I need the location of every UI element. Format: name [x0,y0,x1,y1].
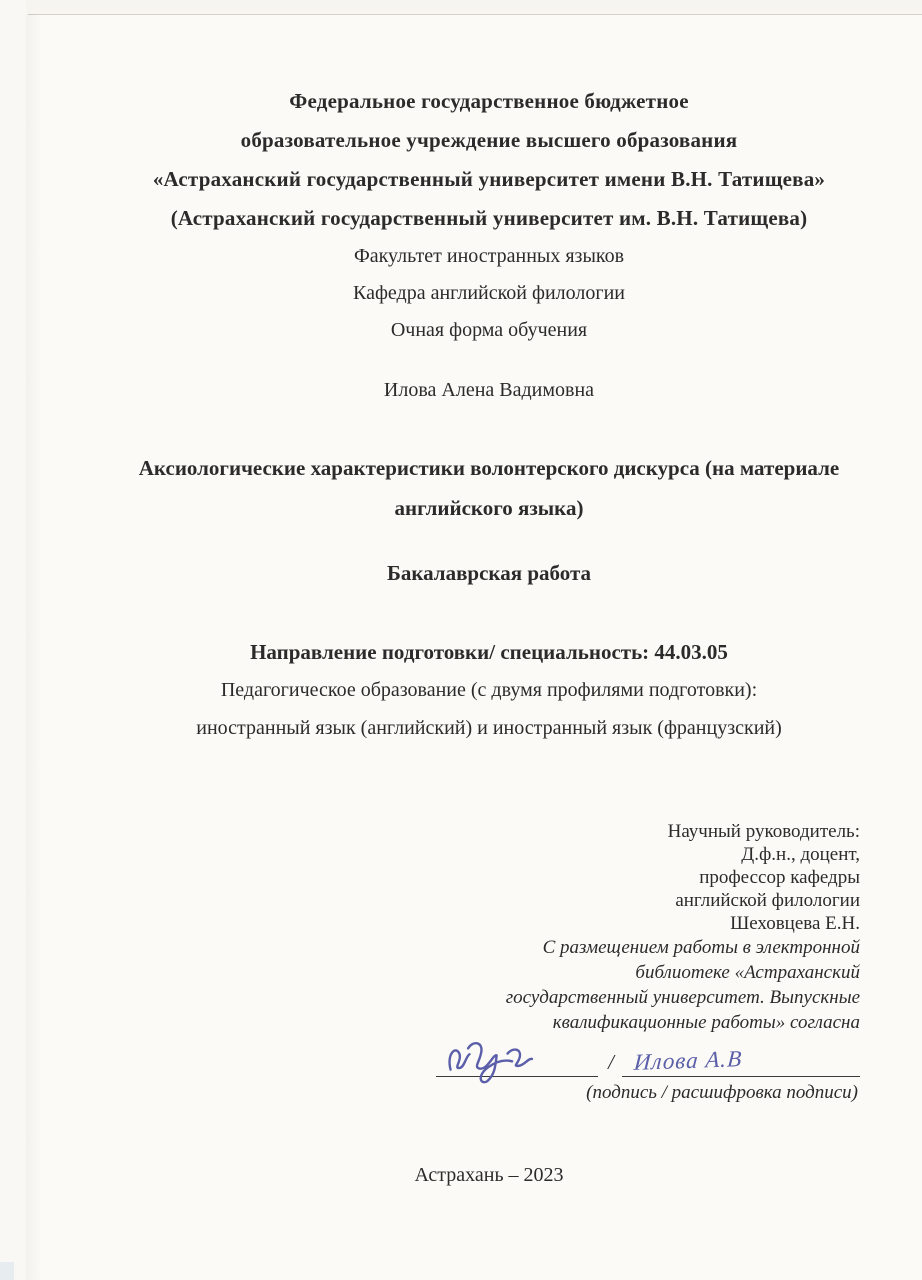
handwritten-signature-ink [440,1030,563,1090]
program-heading: Направление подготовки/ специальность: 4… [56,633,922,671]
university-line: (Астраханский государственный университе… [56,199,922,238]
scan-left-strip [0,0,26,1280]
signature-caption: (подпись / расшифровка подписи) [360,1081,860,1105]
program-block: Направление подготовки/ специальность: 4… [56,633,922,747]
university-line: Федеральное государственное бюджетное [56,82,922,121]
program-line: иностранный язык (английский) и иностран… [56,709,922,747]
university-header-block: Федеральное государственное бюджетное об… [56,82,922,238]
university-line: образовательное учреждение высшего образ… [56,121,922,160]
signature-field [436,1038,598,1077]
supervisor-line: профессор кафедры [360,866,860,889]
faculty-line: Кафедра английской филологии [56,275,922,312]
faculty-line: Факультет иностранных языков [56,238,922,275]
university-line: «Астраханский государственный университе… [56,160,922,199]
scan-corner-artifact [0,1262,14,1280]
scanned-title-page: Федеральное государственное бюджетное об… [0,0,922,1280]
supervisor-line: английской филологии [360,889,860,912]
consent-line: С размещением работы в электронной [360,935,860,960]
supervisor-block: Научный руководитель: Д.ф.н., доцент, пр… [360,820,860,935]
thesis-title-line: Аксиологические характеристики волонтерс… [56,448,922,488]
program-line: Педагогическое образование (с двумя проф… [56,671,922,709]
consent-line: библиотеке «Астраханский [360,960,860,985]
supervisor-consent-block: Научный руководитель: Д.ф.н., доцент, пр… [360,820,860,1105]
handwritten-name: Илова А.В [633,1046,743,1076]
consent-line: государственный университет. Выпускные [360,985,860,1010]
author-name: Илова Алена Вадимовна [56,372,922,409]
faculty-block: Факультет иностранных языков Кафедра анг… [56,238,922,349]
signature-name-field: Илова А.В [622,1038,860,1077]
thesis-title-line: английского языка) [56,488,922,528]
thesis-title: Аксиологические характеристики волонтерс… [56,448,922,528]
supervisor-line: Д.ф.н., доцент, [360,843,860,866]
scan-top-strip [0,0,922,14]
work-type: Бакалаврская работа [56,554,922,592]
city-year-footer: Астрахань – 2023 [56,1160,922,1190]
signature-row: / Илова А.В [360,1039,860,1077]
consent-line: квалификационные работы» согласна [360,1010,860,1035]
consent-statement: С размещением работы в электронной библи… [360,935,860,1035]
scan-top-edge-line [28,14,922,15]
supervisor-line: Шеховцева Е.Н. [360,912,860,935]
signature-separator: / [598,1050,622,1077]
scan-left-shadow [26,14,42,1280]
faculty-line: Очная форма обучения [56,312,922,349]
supervisor-line: Научный руководитель: [360,820,860,843]
